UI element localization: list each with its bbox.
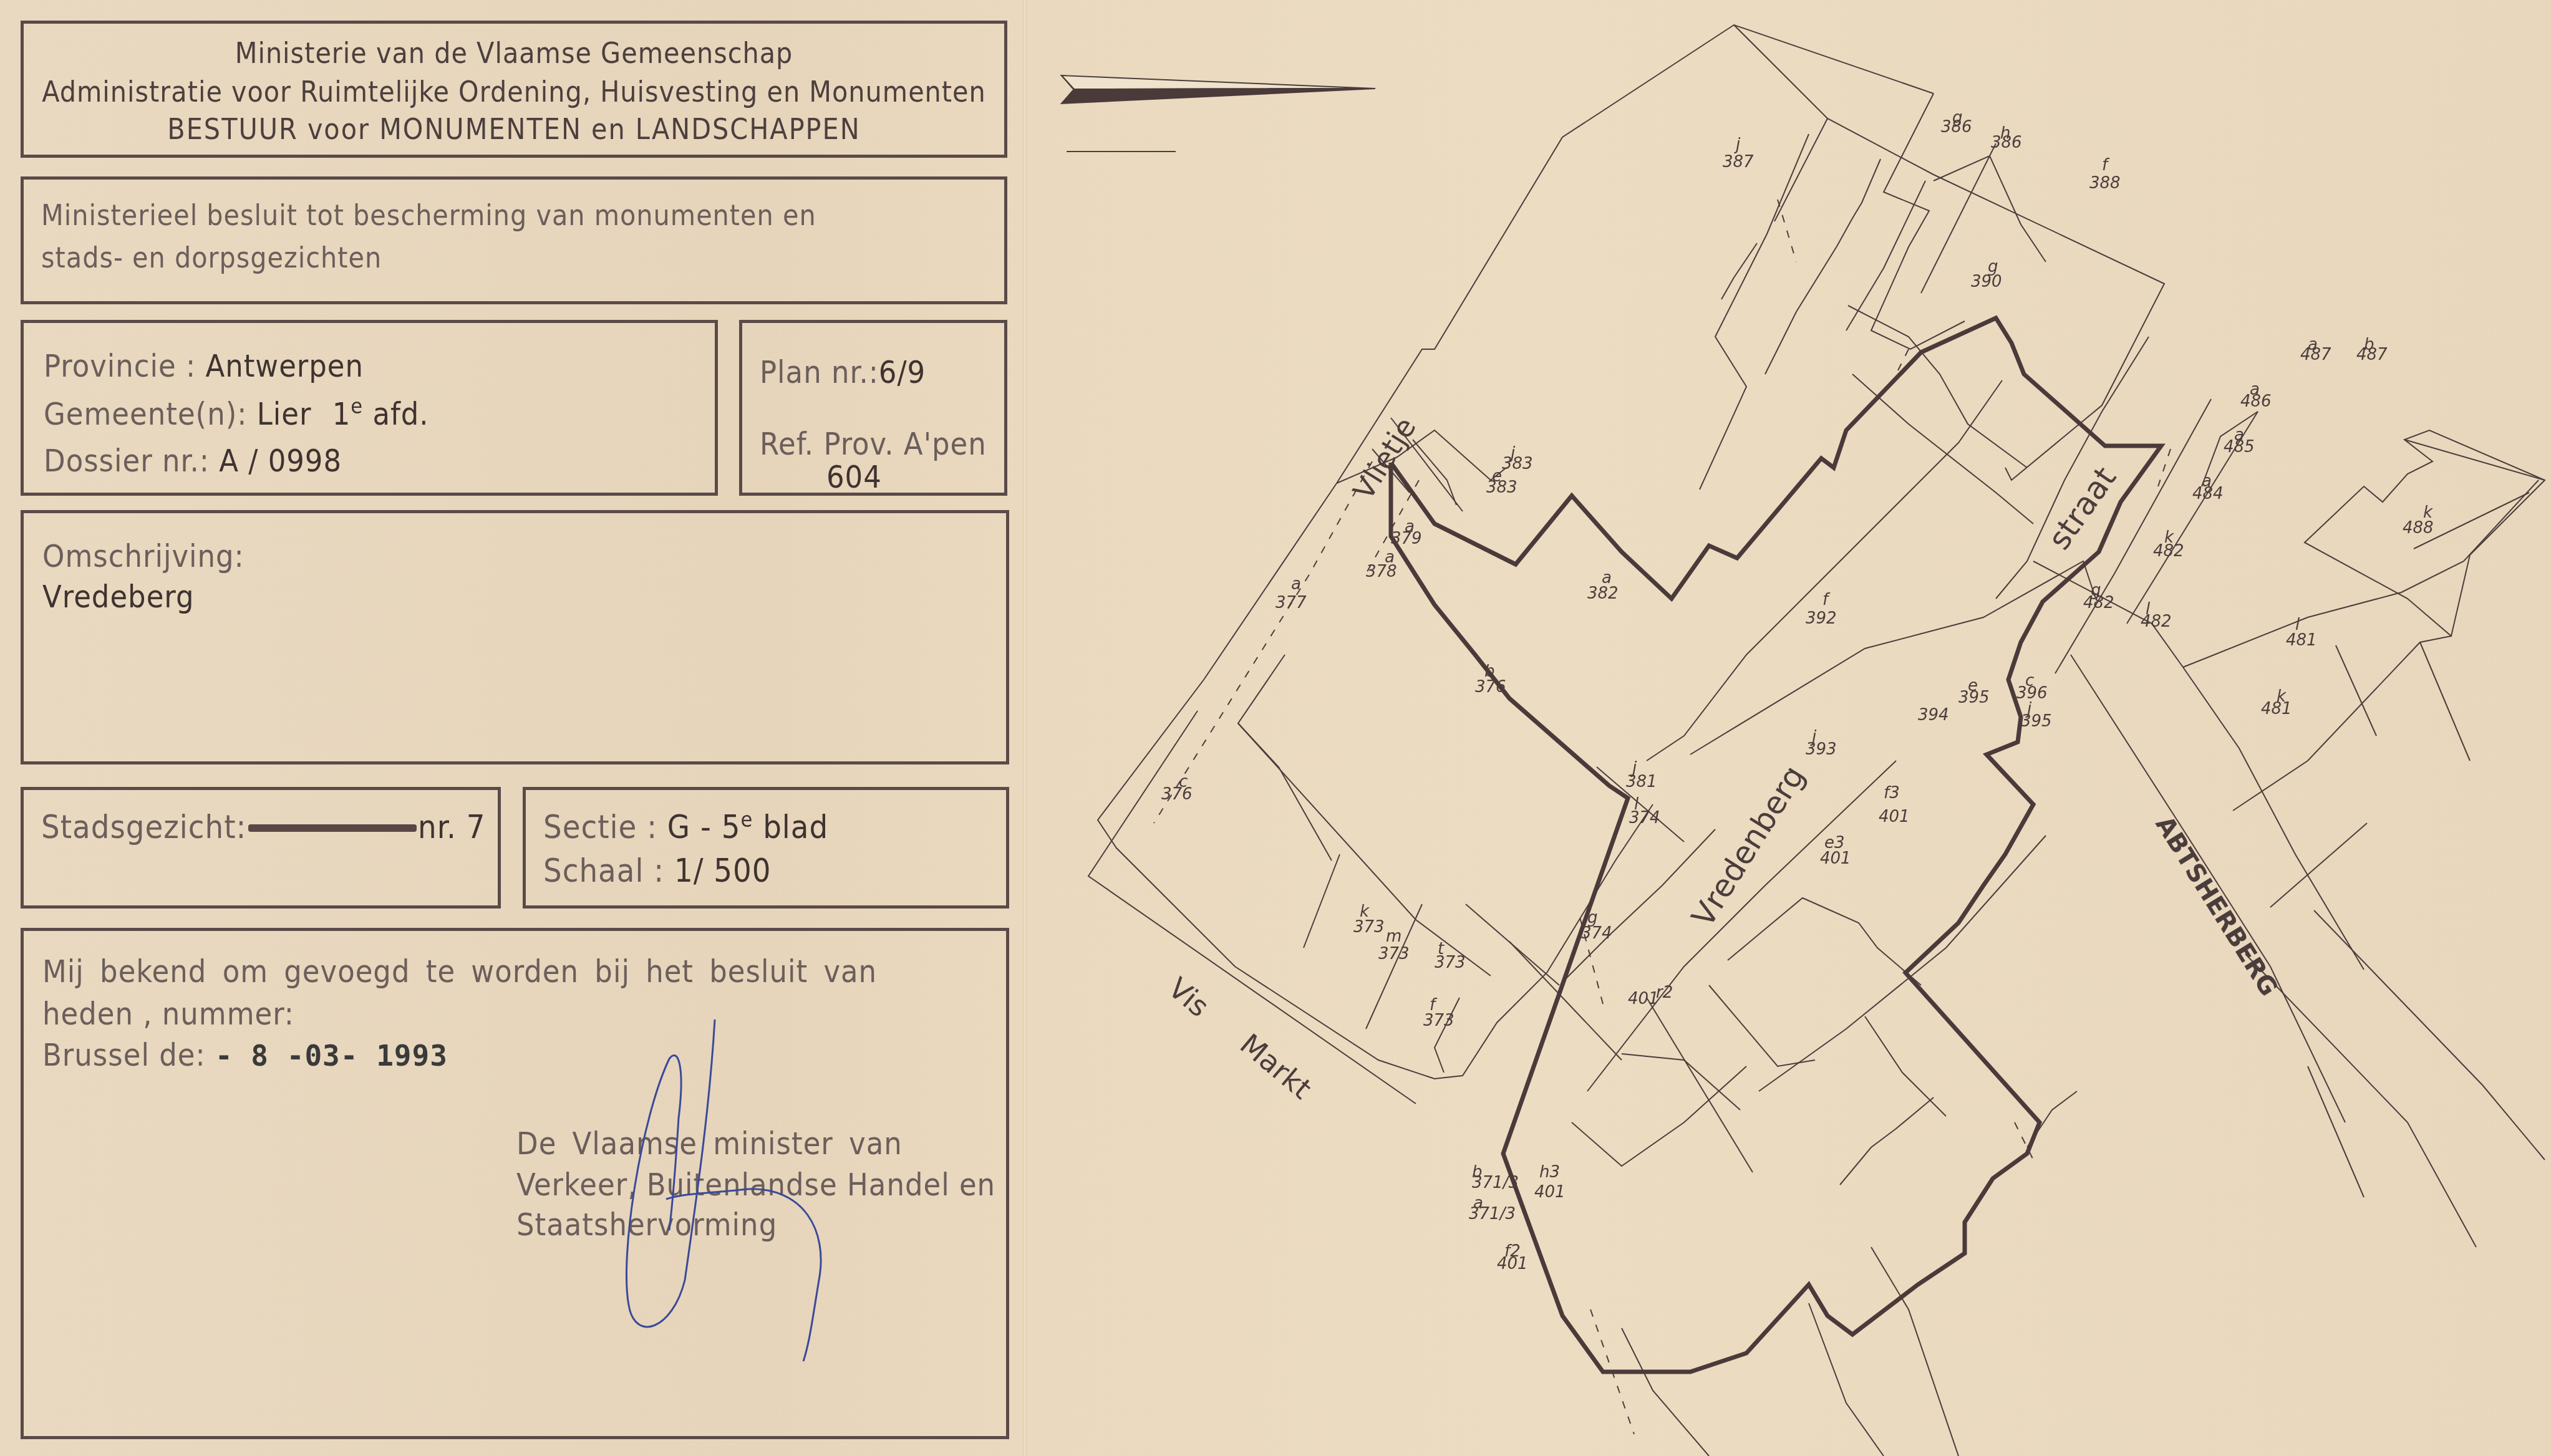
- parcel-number: 482: [2083, 594, 2114, 612]
- parcel-number: 373: [1378, 945, 1410, 963]
- parcel-number: 484: [2192, 485, 2224, 503]
- parcel-number: 371/3: [1472, 1174, 1519, 1192]
- parcel-number: 487: [2300, 345, 2331, 364]
- parcel-number: 381: [1626, 773, 1657, 791]
- cadastral-map: Vlietje Vis Markt Vredenberg straat ABTS…: [0, 0, 2551, 1456]
- parcel-number: 395: [2021, 712, 2052, 731]
- parcel-number: 401: [1534, 1183, 1566, 1202]
- parcel-number: 481: [2286, 631, 2317, 650]
- parcel-letter: h3: [1539, 1163, 1560, 1182]
- parcel-number: 401: [1820, 849, 1851, 868]
- parcel-letter: j: [1734, 135, 1741, 154]
- parcel-number: 386: [1941, 118, 1972, 137]
- parcel-number: 373: [1435, 953, 1466, 972]
- street-vredenberg: Vredenberg: [1685, 759, 1812, 933]
- parcel-number: 485: [2224, 438, 2255, 456]
- parcel-letter: f: [1822, 591, 1831, 609]
- parcel-number: 383: [1502, 455, 1533, 473]
- parcel-letter: f3: [1884, 784, 1900, 803]
- parcel-number: 488: [2403, 519, 2434, 538]
- parcel-number: 371/3: [1469, 1205, 1516, 1223]
- parcel-number: 487: [2356, 345, 2388, 364]
- parcel-number: 376: [1161, 785, 1193, 804]
- parcel-number: 387: [1723, 153, 1754, 171]
- parcel-number: 401: [1497, 1255, 1528, 1273]
- parcel-number: 378: [1366, 562, 1397, 581]
- parcel-labels: j 387 g 386 h 386 f 388 g 390 j 383 e 38…: [1161, 108, 2434, 1273]
- street-vismarkt-2: Markt: [1234, 1027, 1318, 1106]
- parcel-number: 373: [1423, 1011, 1455, 1030]
- parcel-number: 376: [1475, 678, 1506, 697]
- parcel-number: 390: [1971, 272, 2002, 291]
- parcel-number: 401: [1628, 990, 1659, 1008]
- parcel-number: 377: [1275, 594, 1307, 612]
- parcel-number: 401: [1879, 808, 1910, 826]
- parcel-letter: a: [1291, 575, 1301, 594]
- parcel-number: 486: [2240, 392, 2272, 411]
- parcel-number: 382: [1587, 584, 1619, 603]
- parcel-number: 482: [2153, 542, 2184, 561]
- parcel-number: 386: [1991, 133, 2022, 152]
- parcel-number: 395: [1958, 688, 1990, 707]
- street-abtsherberg: ABTSHERBERG: [2150, 811, 2283, 1001]
- parcel-number: 482: [2141, 612, 2172, 631]
- parcel-number: 373: [1353, 918, 1385, 937]
- parcel-number: 481: [2261, 700, 2292, 718]
- north-arrow-icon: [1062, 75, 1375, 152]
- parcel-number: 379: [1391, 529, 1422, 548]
- parcel-letter: m: [1386, 927, 1401, 946]
- parcel-number: 374: [1629, 809, 1660, 827]
- parcel-number: 396: [2016, 684, 2048, 703]
- parcel-number: 392: [1806, 609, 1837, 628]
- parcel-number: 388: [2089, 174, 2121, 193]
- street-straat: straat: [2041, 460, 2123, 556]
- parcel-number: 383: [1486, 478, 1518, 497]
- parcel-number: 374: [1581, 924, 1612, 943]
- parcel-number: 394: [1918, 706, 1949, 725]
- parcel-number: 393: [1806, 740, 1837, 759]
- parcel-letter: f: [2102, 156, 2110, 175]
- street-vismarkt-1: Vis: [1162, 971, 1216, 1024]
